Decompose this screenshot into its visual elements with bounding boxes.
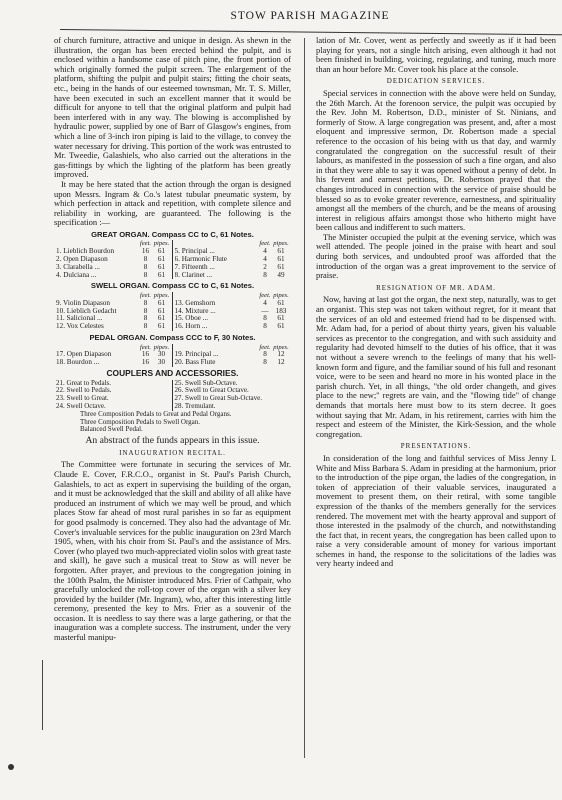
funds-abstract-note: An abstract of the funds appears in this… xyxy=(54,436,291,446)
stop-row: 8. Clarinet ...849 xyxy=(175,272,290,280)
stop-row: 11. Salicional ...861 xyxy=(56,315,170,323)
pedal-organ-heading: PEDAL ORGAN. Compass CCC to F, 30 Notes. xyxy=(54,333,291,343)
stop-name: 13. Gemshorn xyxy=(175,300,258,308)
right-para-continuation: lation of Mr. Cover, went as perfectly a… xyxy=(316,36,556,74)
stop-name: 3. Clarabella ... xyxy=(56,264,138,272)
resignation-heading: RESIGNATION OF MR. ADAM. xyxy=(316,284,556,294)
dedication-services-heading: DEDICATION SERVICES. xyxy=(316,77,556,87)
stop-feet: 16 xyxy=(138,359,154,367)
stop-row: 2. Open Diapason861 xyxy=(56,256,170,264)
left-para-inauguration: The Committee were fortunate in securing… xyxy=(54,460,291,642)
stop-row: 18. Bourdon ...1630 xyxy=(56,359,170,367)
stop-row: 7. Fifteenth ...261 xyxy=(175,264,290,272)
stop-row: 10. Lieblich Gedacht861 xyxy=(56,308,170,316)
accessory-item: Balanced Swell Pedal. xyxy=(54,426,291,434)
stop-name: 15. Oboe ... xyxy=(175,315,258,323)
stop-name: 11. Salicional ... xyxy=(56,315,138,323)
stop-name: 14. Mixture ... xyxy=(175,308,258,316)
stop-row: 1. Lieblich Bourdon1661 xyxy=(56,248,170,256)
pedal-organ-table: feet.pipes. 17. Open Diapason1630 18. Bo… xyxy=(54,344,291,367)
stop-pipes: 12 xyxy=(273,359,289,367)
left-column: of church furniture, attractive and uniq… xyxy=(54,36,291,643)
stop-pipes: 61 xyxy=(154,272,170,280)
couplers-table: 21. Great to Pedals. 22. Swell to Pedals… xyxy=(54,380,291,411)
left-para-action: It may be here stated that the action th… xyxy=(54,180,291,228)
right-para-evening-service: The Minister occupied the pulpit at the … xyxy=(316,233,556,281)
stop-row: 3. Clarabella ...861 xyxy=(56,264,170,272)
stop-pipes: 61 xyxy=(273,323,289,331)
stop-name: 18. Bourdon ... xyxy=(56,359,138,367)
stop-feet: 8 xyxy=(138,323,154,331)
inauguration-recital-heading: INAUGURATION RECITAL. xyxy=(54,449,291,459)
right-column: lation of Mr. Cover, went as perfectly a… xyxy=(316,36,556,569)
stop-row: 15. Oboe ...861 xyxy=(175,315,290,323)
stop-name: 7. Fifteenth ... xyxy=(175,264,258,272)
stop-row: 4. Dulciana ...861 xyxy=(56,272,170,280)
stop-name: 9. Violin Diapason xyxy=(56,300,138,308)
great-organ-table: feet.pipes. 1. Lieblich Bourdon1661 2. O… xyxy=(54,240,291,279)
stop-name: 10. Lieblich Gedacht xyxy=(56,308,138,316)
stop-pipes: 61 xyxy=(154,323,170,331)
swell-organ-heading: SWELL ORGAN. Compass CC to C, 61 Notes. xyxy=(54,281,291,291)
swell-organ-table: feet.pipes. 9. Violin Diapason861 10. Li… xyxy=(54,292,291,331)
stop-name: 2. Open Diapason xyxy=(56,256,138,264)
left-para-organ-description: of church furniture, attractive and uniq… xyxy=(54,36,291,180)
stop-row: 14. Mixture ...—183 xyxy=(175,308,290,316)
stop-feet: 8 xyxy=(138,272,154,280)
stop-name: 20. Bass Flute xyxy=(175,359,258,367)
right-para-resignation: Now, having at last got the organ, the n… xyxy=(316,295,556,439)
stop-name: 19. Principal ... xyxy=(175,351,258,359)
stop-row: 9. Violin Diapason861 xyxy=(56,300,170,308)
great-organ-heading: GREAT ORGAN. Compass CC to C, 61 Notes. xyxy=(54,230,291,240)
stop-name: 6. Harmonic Flute xyxy=(175,256,258,264)
couplers-heading: COUPLERS AND ACCESSORIES. xyxy=(54,369,291,379)
stop-pipes: 30 xyxy=(154,359,170,367)
right-para-presentations: In consideration of the long and faithfu… xyxy=(316,454,556,569)
stop-row: 5. Principal ...461 xyxy=(175,248,290,256)
stop-feet: 8 xyxy=(257,272,273,280)
stop-feet: 8 xyxy=(257,359,273,367)
stop-row: 12. Vox Celestes861 xyxy=(56,323,170,331)
presentations-heading: PRESENTATIONS. xyxy=(316,442,556,452)
page-header: STOW PARISH MAGAZINE xyxy=(60,10,560,22)
stop-row: 13. Gemshorn461 xyxy=(175,300,290,308)
stop-name: 4. Dulciana ... xyxy=(56,272,138,280)
stop-name: 5. Principal ... xyxy=(175,248,258,256)
stop-row: 16. Horn ...861 xyxy=(175,323,290,331)
stop-row: 17. Open Diapason1630 xyxy=(56,351,170,359)
stop-row: 20. Bass Flute812 xyxy=(175,359,290,367)
stop-row: 6. Harmonic Flute461 xyxy=(175,256,290,264)
stop-name: 1. Lieblich Bourdon xyxy=(56,248,138,256)
column-divider xyxy=(304,38,305,758)
stop-name: 12. Vox Celestes xyxy=(56,323,138,331)
stop-pipes: 49 xyxy=(273,272,289,280)
ink-spot xyxy=(8,764,14,770)
stop-name: 8. Clarinet ... xyxy=(175,272,258,280)
margin-pencil-mark xyxy=(42,660,43,730)
organ-specification: GREAT ORGAN. Compass CC to C, 61 Notes. … xyxy=(54,230,291,434)
stop-name: 17. Open Diapason xyxy=(56,351,138,359)
stop-feet: 8 xyxy=(257,323,273,331)
stop-name: 16. Horn ... xyxy=(175,323,258,331)
stop-row: 19. Principal ...812 xyxy=(175,351,290,359)
right-para-dedication: Special services in connection with the … xyxy=(316,89,556,233)
